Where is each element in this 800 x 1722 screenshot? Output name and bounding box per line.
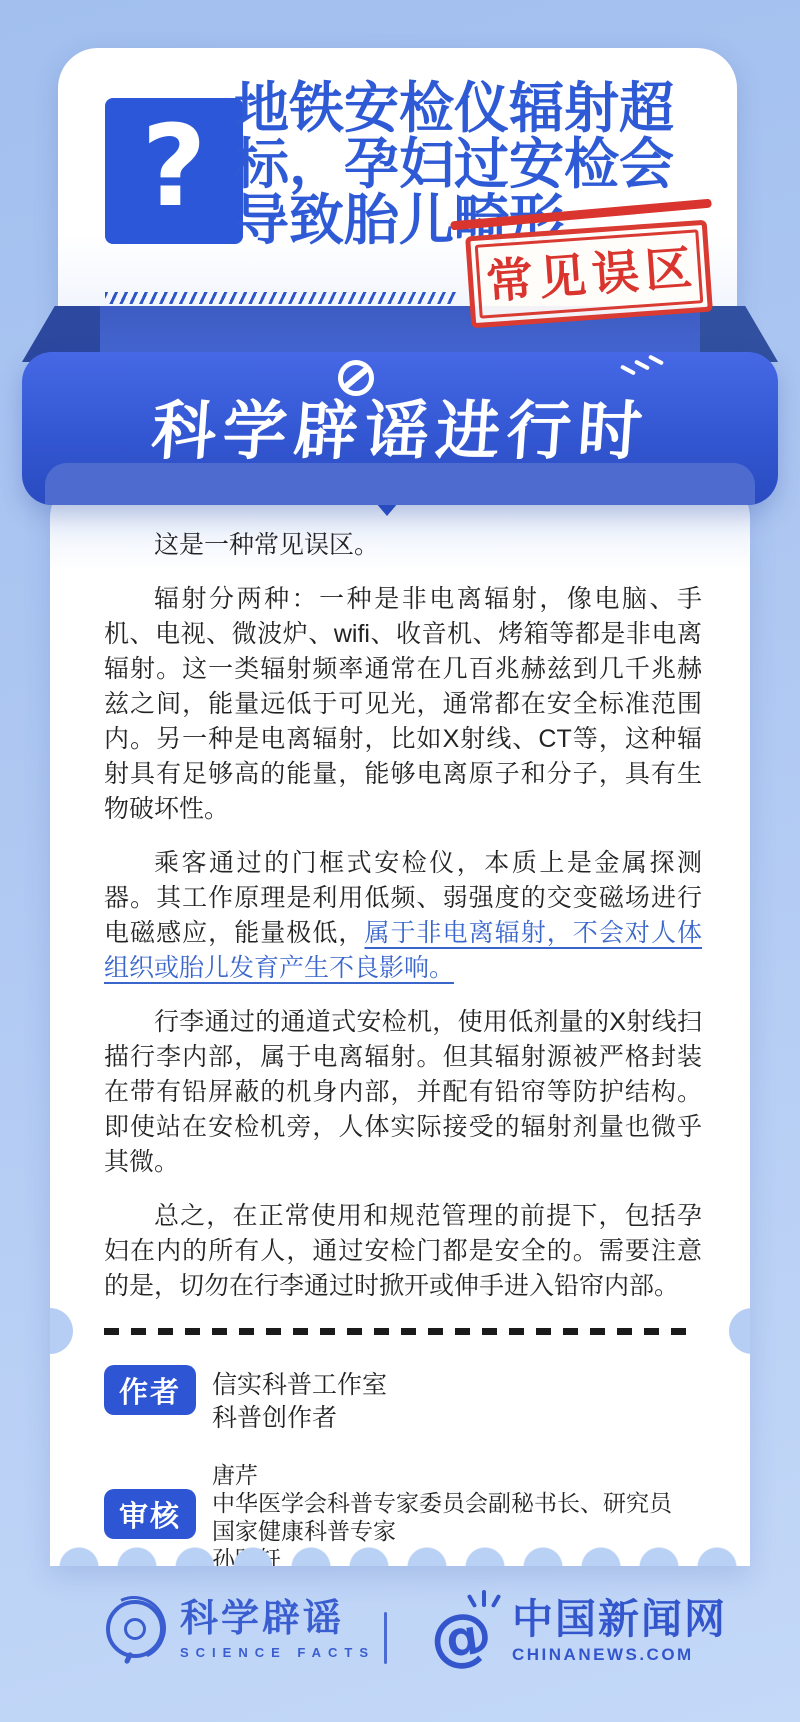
chinanews-logo-text: 中国新闻网 CHINANEWS.COM (512, 1598, 727, 1665)
author-row: 作者 信实科普工作室 科普创作者 (104, 1365, 702, 1435)
speed-lines-icon (620, 358, 668, 378)
footer-divider (384, 1612, 387, 1664)
hatch-divider (105, 292, 457, 304)
reviewer-line: 唐芹 (212, 1461, 695, 1489)
ticket-scallop-edge (50, 1544, 750, 1566)
chinanews-subtitle: CHINANEWS.COM (512, 1645, 727, 1665)
question-mark-glyph: ? (142, 111, 207, 223)
content-card: 这是一种常见误区。 辐射分两种：一种是非电离辐射，像电脑、手机、电视、微波炉、w… (50, 476, 750, 1566)
science-facts-logo-icon (104, 1598, 166, 1660)
myth-title-line2: 标，孕妇过安检会 (234, 136, 734, 192)
left-notch (50, 1308, 73, 1354)
tear-line (104, 1328, 702, 1335)
chinanews-name: 中国新闻网 (512, 1598, 727, 1640)
science-facts-name: 科学辟谣 (180, 1599, 375, 1639)
right-notch (729, 1308, 750, 1354)
science-facts-subtitle: SCIENCE FACTS (180, 1645, 375, 1660)
dashed-divider (104, 1328, 698, 1335)
chinanews-at-icon: @ (428, 1592, 502, 1670)
reviewer-line: 国家健康科普专家 (212, 1517, 695, 1545)
science-facts-logo-text: 科学辟谣 SCIENCE FACTS (180, 1599, 375, 1660)
author-line: 科普创作者 (212, 1402, 387, 1435)
reviewer-badge: 审核 (104, 1489, 196, 1539)
banner-title: 科学辟谣进行时 (148, 380, 652, 478)
banner: 科学辟谣进行时 (22, 352, 778, 505)
paragraph-5: 总之，在正常使用和规范管理的前提下，包括孕妇在内的所有人，通过安检门都是安全的。… (104, 1199, 702, 1304)
no-sign-icon (338, 360, 374, 396)
author-info: 信实科普工作室 科普创作者 (212, 1365, 387, 1435)
myth-title-line1: 地铁安检仪辐射超 (234, 80, 734, 136)
author-badge: 作者 (104, 1365, 196, 1415)
question-mark-icon: ? (105, 98, 243, 244)
poster: ? 地铁安检仪辐射超 标，孕妇过安检会 导致胎儿畸形 常见误区 科学辟谣进行时 … (0, 0, 800, 1722)
paragraph-1: 这是一种常见误区。 (104, 528, 702, 563)
paragraph-2: 辐射分两种：一种是非电离辐射，像电脑、手机、电视、微波炉、wifi、收音机、烤箱… (104, 582, 702, 827)
myth-stamp: 常见误区 (465, 220, 713, 329)
science-facts-logo: 科学辟谣 SCIENCE FACTS (104, 1598, 375, 1660)
article-body: 这是一种常见误区。 辐射分两种：一种是非电离辐射，像电脑、手机、电视、微波炉、w… (50, 476, 750, 1566)
paragraph-3: 乘客通过的门框式安检仪，本质上是金属探测器。其工作原理是利用低频、弱强度的交变磁… (104, 846, 702, 986)
reviewer-line: 中华医学会科普专家委员会副秘书长、研究员 (212, 1489, 695, 1517)
chinanews-logo: @ 中国新闻网 CHINANEWS.COM (428, 1592, 727, 1670)
author-line: 信实科普工作室 (212, 1369, 387, 1402)
paragraph-4: 行李通过的通道式安检机，使用低剂量的X射线扫描行李内部，属于电离辐射。但其辐射源… (104, 1005, 702, 1180)
